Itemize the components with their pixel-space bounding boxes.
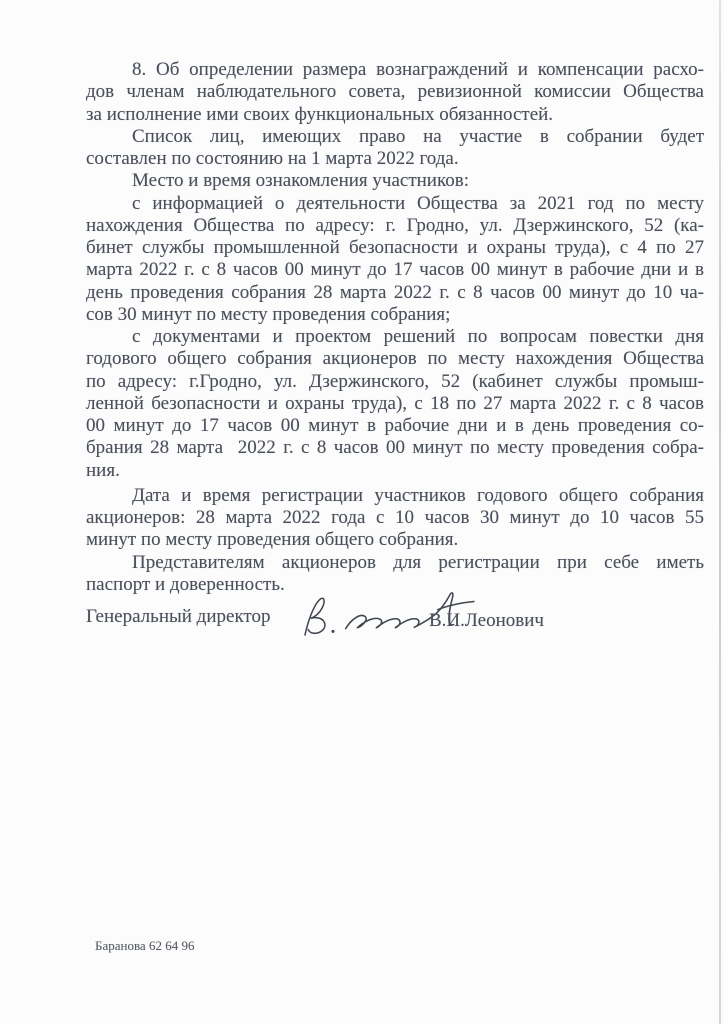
paragraph: Место и время ознакомления участников: <box>86 170 704 192</box>
text-line: Дата и время регистрации участников годо… <box>86 485 704 507</box>
scan-edge-artifact <box>719 0 721 1024</box>
document-body: 8. Об определении размера вознаграждений… <box>86 59 704 596</box>
executor-contact-note: Баранова 62 64 96 <box>95 938 194 954</box>
text-line: с документами и проектом решений по вопр… <box>86 326 704 348</box>
text-line: годового общего собрания акционеров по м… <box>86 348 704 370</box>
text-line: 00 минут до 17 часов 00 минут в рабочие … <box>86 415 704 437</box>
paragraph: с информацией о деятельности Общества за… <box>86 193 704 327</box>
text-line: ния. <box>86 460 704 482</box>
text-line: с информацией о деятельности Общества за… <box>86 193 704 215</box>
text-line: сов 30 минут по месту проведения собрани… <box>86 304 704 326</box>
text-line: дов членам наблюдательного совета, ревиз… <box>86 81 704 103</box>
text-line: день проведения собрания 28 марта 2022 г… <box>86 282 704 304</box>
text-line: Место и время ознакомления участников: <box>86 170 704 192</box>
paragraph: с документами и проектом решений по вопр… <box>86 326 704 482</box>
paragraph: Представителям акционеров для регистраци… <box>86 552 704 597</box>
text-line: нахождения Общества по адресу: г. Гродно… <box>86 215 704 237</box>
signatory-name: В.И.Леонович <box>429 610 544 632</box>
text-line: марта 2022 г. с 8 часов 00 минут до 17 ч… <box>86 259 704 281</box>
text-line: бинет службы промышленной безопасности и… <box>86 237 704 259</box>
text-line: по адресу: г.Гродно, ул. Дзержинского, 5… <box>86 371 704 393</box>
signatory-role: Генеральный директор <box>86 606 270 628</box>
text-line: составлен по состоянию на 1 марта 2022 г… <box>86 148 704 170</box>
text-line: Список лиц, имеющих право на участие в с… <box>86 126 704 148</box>
paragraph: Список лиц, имеющих право на участие в с… <box>86 126 704 171</box>
text-line: брания 28 марта 2022 г. с 8 часов 00 мин… <box>86 437 704 459</box>
text-line: паспорт и доверенность. <box>86 574 704 596</box>
handwritten-signature-icon <box>290 588 488 644</box>
text-line: за исполнение ими своих функциональных о… <box>86 104 704 126</box>
text-line: 8. Об определении размера вознаграждений… <box>86 59 704 81</box>
paragraph: 8. Об определении размера вознаграждений… <box>86 59 704 126</box>
text-line: акционеров: 28 марта 2022 года с 10 часо… <box>86 507 704 529</box>
text-line: ленной безопасности и охраны труда), с 1… <box>86 393 704 415</box>
text-line: Представителям акционеров для регистраци… <box>86 552 704 574</box>
paragraph: Дата и время регистрации участников годо… <box>86 485 704 552</box>
text-line: минут по месту проведения общего собрани… <box>86 529 704 551</box>
scanned-document-page: 8. Об определении размера вознаграждений… <box>0 0 724 1024</box>
